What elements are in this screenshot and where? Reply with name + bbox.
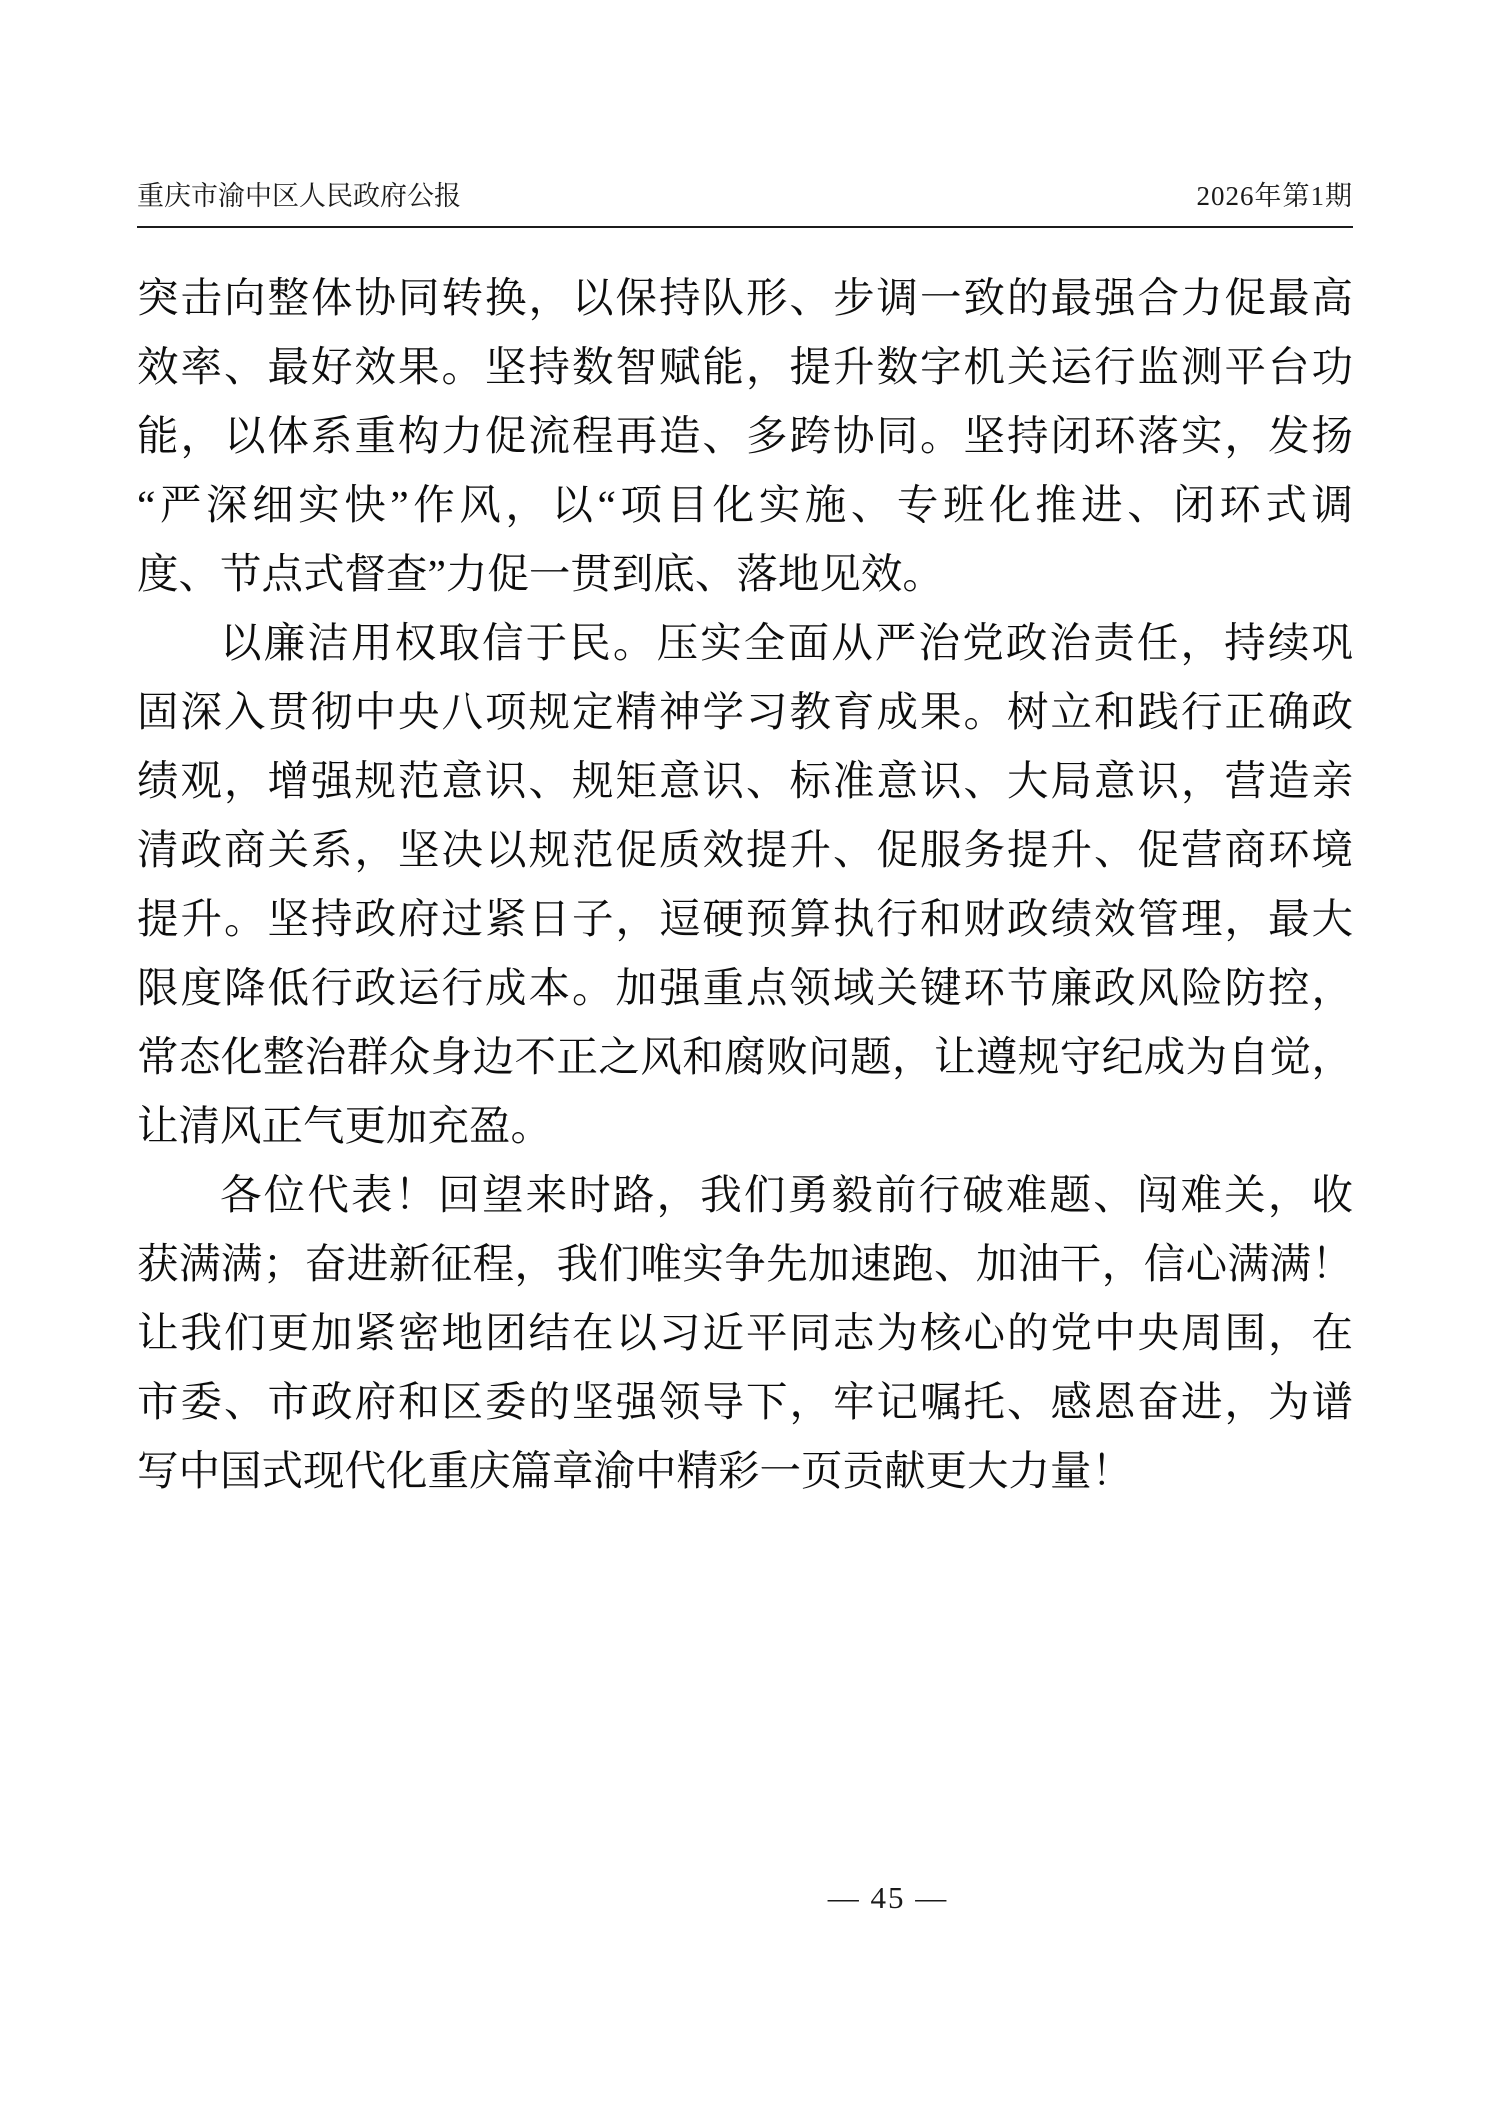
page-number: — 45 — (788, 1878, 988, 1918)
issue-number: 2026年第1期 (1197, 180, 1354, 212)
body-line: 绩观，增强规范意识、规矩意识、标准意识、大局意识，营造亲 (137, 747, 1353, 816)
body-line: 度、节点式督查”力促一贯到底、落地见效。 (137, 540, 1353, 609)
body-line: 让我们更加紧密地团结在以习近平同志为核心的党中央周围，在 (137, 1299, 1353, 1368)
header-rule (137, 226, 1353, 228)
page-header: 重庆市渝中区人民政府公报 2026年第1期 (137, 180, 1353, 212)
body-line: 限度降低行政运行成本。加强重点领域关键环节廉政风险防控， (137, 954, 1353, 1023)
body-line: 获满满；奋进新征程，我们唯实争先加速跑、加油干，信心满满！ (137, 1230, 1353, 1299)
body-line: “严深细实快”作风，以“项目化实施、专班化推进、闭环式调 (137, 471, 1353, 540)
body-line: 以廉洁用权取信于民。压实全面从严治党政治责任，持续巩 (137, 609, 1353, 678)
gazette-title: 重庆市渝中区人民政府公报 (137, 180, 461, 212)
body-line: 让清风正气更加充盈。 (137, 1092, 1353, 1161)
body-line: 突击向整体协同转换，以保持队形、步调一致的最强合力促最高 (137, 264, 1353, 333)
body-line: 能，以体系重构力促流程再造、多跨协同。坚持闭环落实，发扬 (137, 402, 1353, 471)
body-line: 各位代表！回望来时路，我们勇毅前行破难题、闯难关，收 (137, 1161, 1353, 1230)
body-line: 提升。坚持政府过紧日子，逗硬预算执行和财政绩效管理，最大 (137, 885, 1353, 954)
body-line: 常态化整治群众身边不正之风和腐败问题，让遵规守纪成为自觉， (137, 1023, 1353, 1092)
gazette-page: 重庆市渝中区人民政府公报 2026年第1期 突击向整体协同转换，以保持队形、步调… (0, 0, 1488, 2104)
body-line: 写中国式现代化重庆篇章渝中精彩一页贡献更大力量！ (137, 1437, 1353, 1506)
body-line: 固深入贯彻中央八项规定精神学习教育成果。树立和践行正确政 (137, 678, 1353, 747)
body-line: 效率、最好效果。坚持数智赋能，提升数字机关运行监测平台功 (137, 333, 1353, 402)
body-line: 市委、市政府和区委的坚强领导下，牢记嘱托、感恩奋进，为谱 (137, 1368, 1353, 1437)
body-line: 清政商关系，坚决以规范促质效提升、促服务提升、促营商环境 (137, 816, 1353, 885)
body-text: 突击向整体协同转换，以保持队形、步调一致的最强合力促最高效率、最好效果。坚持数智… (137, 264, 1353, 1506)
